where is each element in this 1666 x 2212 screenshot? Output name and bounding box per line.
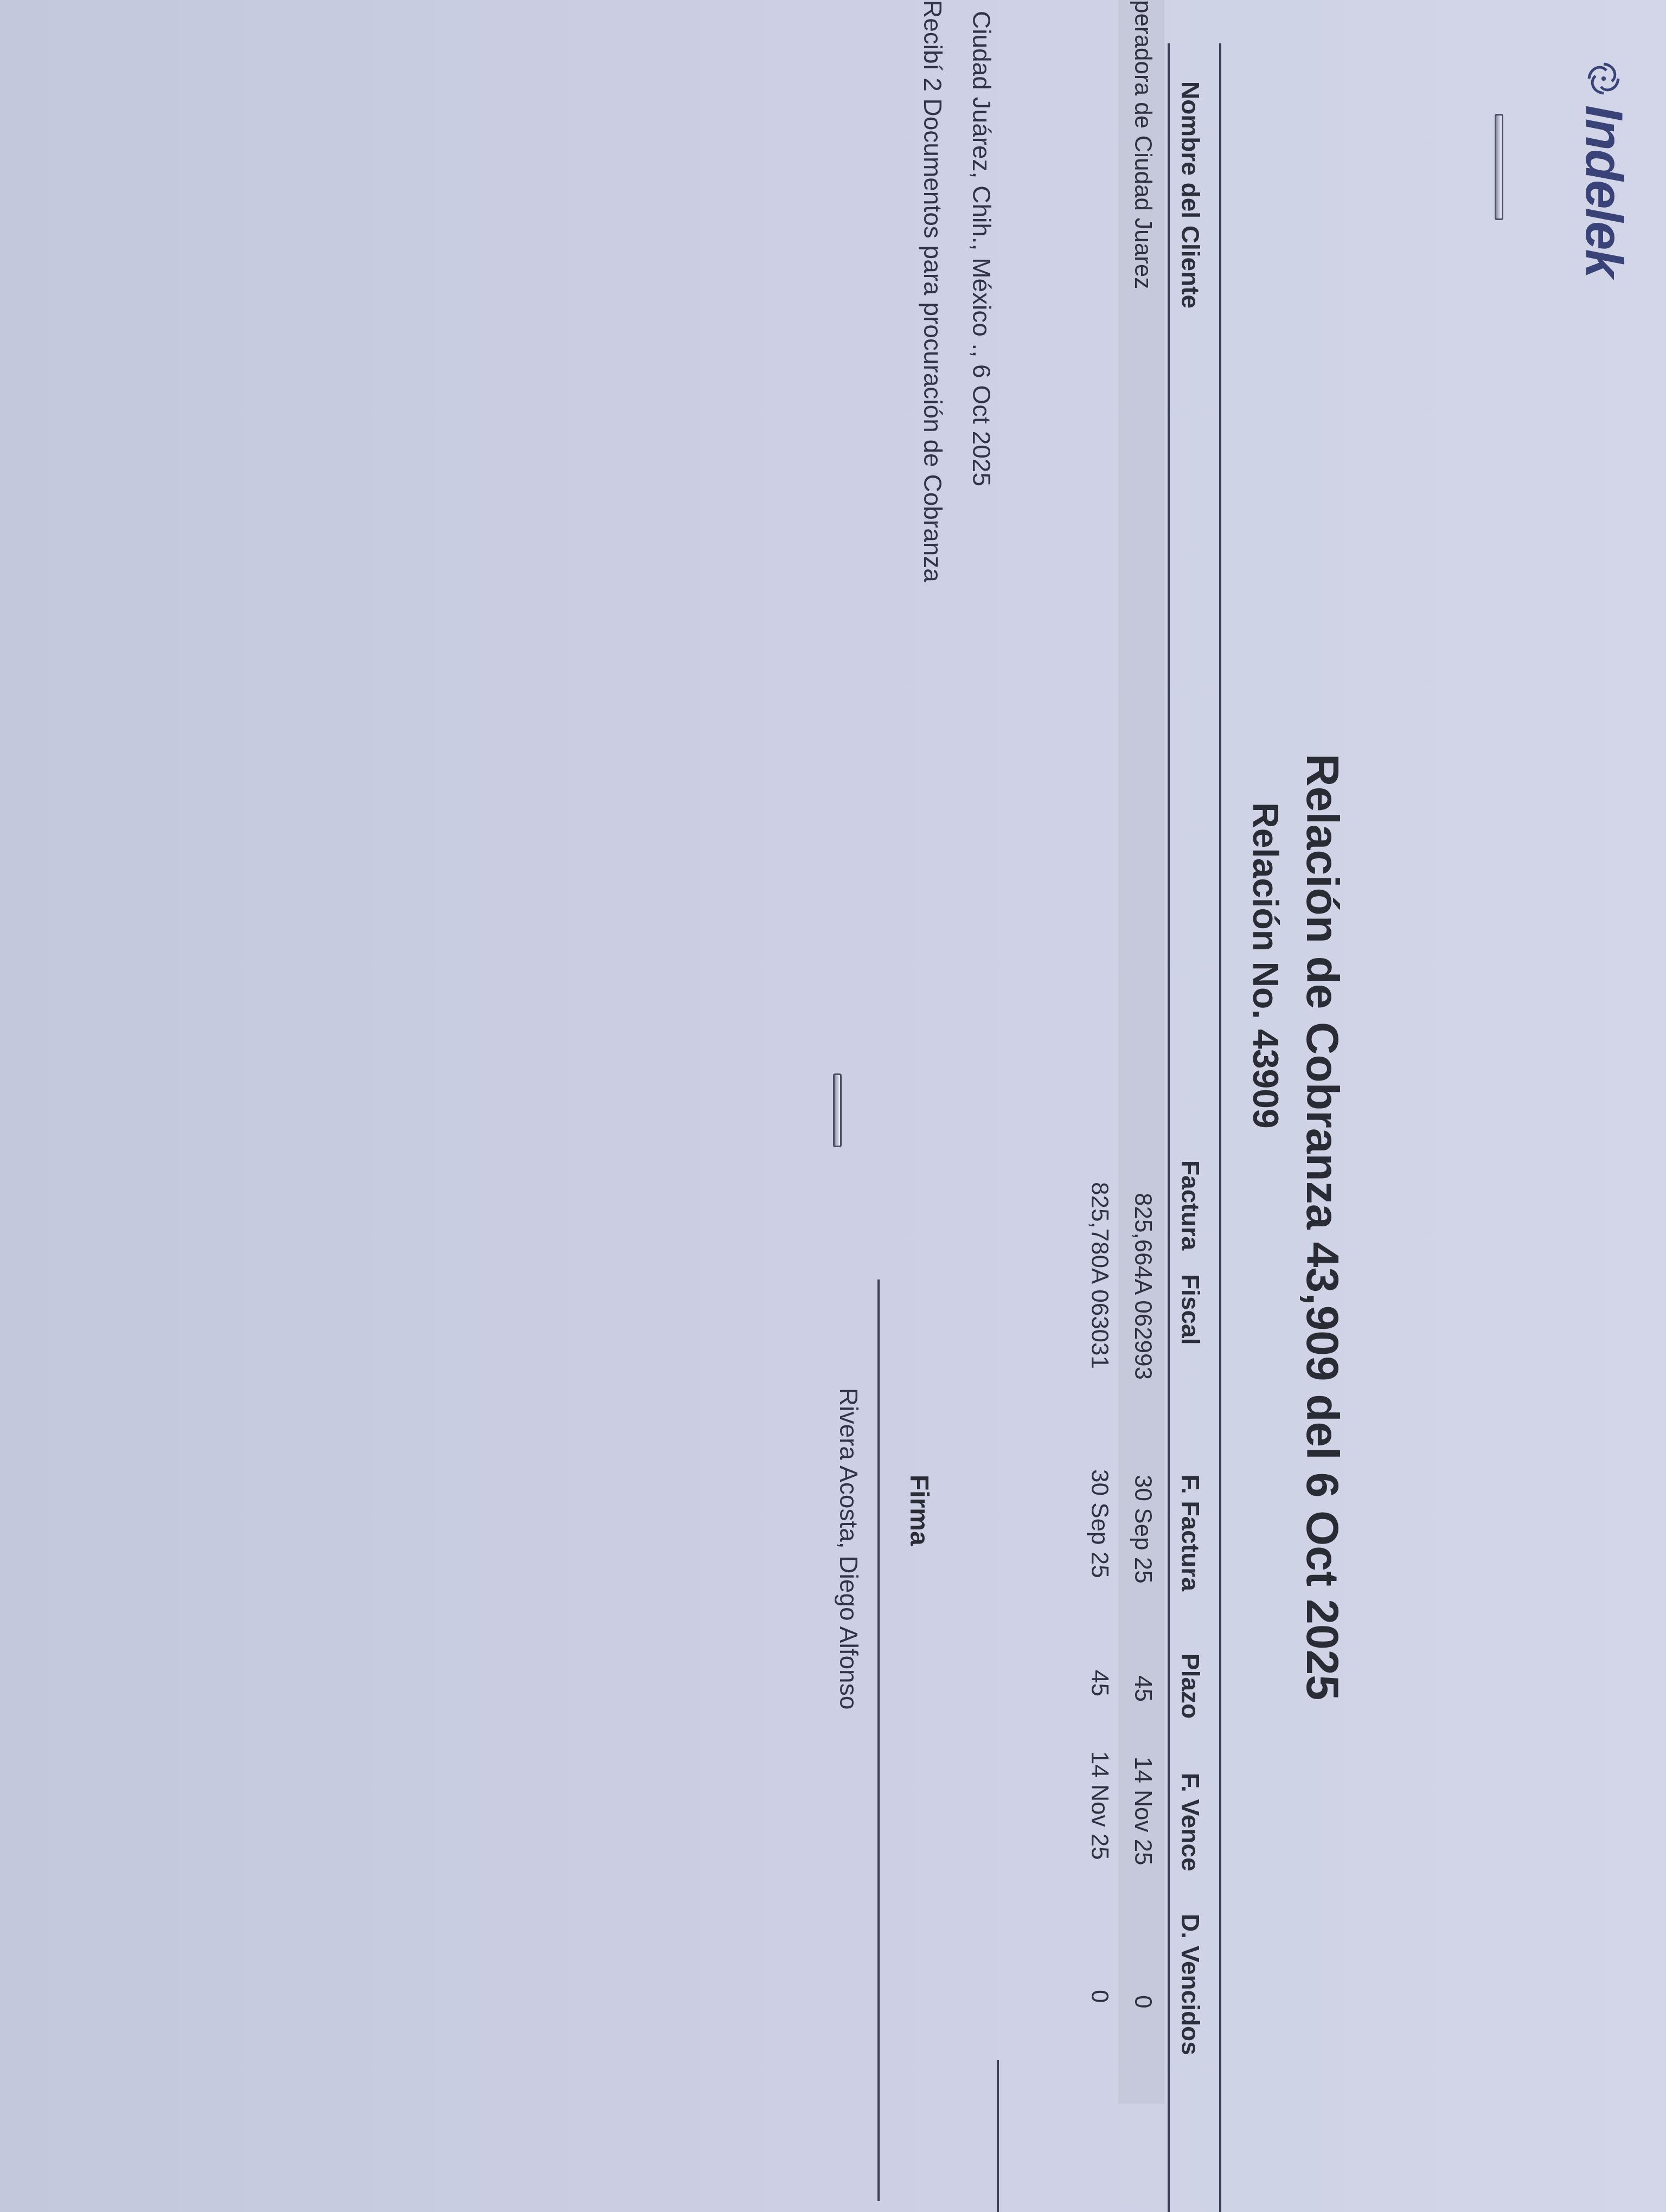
swirl-logo-icon (1585, 60, 1623, 98)
cell-factura-fiscal: 825,664A 062993 (1129, 1193, 1156, 1380)
cell-f-vence: 14 Nov 25 (1129, 1757, 1156, 1866)
page-title: Relación de Cobranza 43,909 del 6 Oct 20… (1296, 754, 1349, 1700)
received-note: Recibí 2 Documentos para procuración de … (918, 0, 947, 582)
cell-d-vencidos: 0 (1086, 1990, 1113, 2003)
logo-text: Indelek (1574, 105, 1633, 277)
table-header-rule (1168, 43, 1170, 2212)
cell-plazo: 45 (1086, 1670, 1113, 1696)
place-date: Ciudad Juárez, Chih., México ., 6 Oct 20… (967, 11, 996, 486)
table-top-rule (1219, 43, 1221, 2212)
cell-f-factura: 30 Sep 25 (1129, 1475, 1156, 1584)
cell-f-vence: 14 Nov 25 (1086, 1751, 1113, 1860)
staple-mark (1495, 114, 1503, 220)
brand-logo: Indelek (1574, 60, 1633, 277)
col-header-d-vencidos: D. Vencidos (1176, 1914, 1205, 2055)
col-header-f-vence: F. Vence (1176, 1773, 1205, 1872)
short-rule (997, 2060, 999, 2212)
signature-line (877, 1279, 880, 2201)
staple-mark (833, 1073, 842, 1147)
document-page: Indelek Relación de Cobranza 43,909 del … (0, 0, 1666, 2212)
col-header-client: Nombre del Cliente (1176, 81, 1205, 308)
cell-plazo: 45 (1129, 1675, 1156, 1702)
col-header-factura: Factura (1176, 1160, 1205, 1250)
col-header-plazo: Plazo (1176, 1654, 1205, 1719)
signature-label: Firma (904, 1475, 934, 1546)
cell-factura-fiscal: 825,780A 063031 (1086, 1182, 1113, 1369)
col-header-f-factura: F. Factura (1176, 1475, 1205, 1591)
cell-d-vencidos: 0 (1129, 1995, 1156, 2008)
client-name: peradora de Ciudad Juarez (1129, 0, 1156, 289)
signer-name: Rivera Acosta, Diego Alfonso (834, 1388, 863, 1709)
relation-number: Relación No. 43909 (1245, 802, 1286, 1129)
col-header-fiscal: Fiscal (1176, 1274, 1205, 1345)
cell-f-factura: 30 Sep 25 (1086, 1469, 1113, 1578)
